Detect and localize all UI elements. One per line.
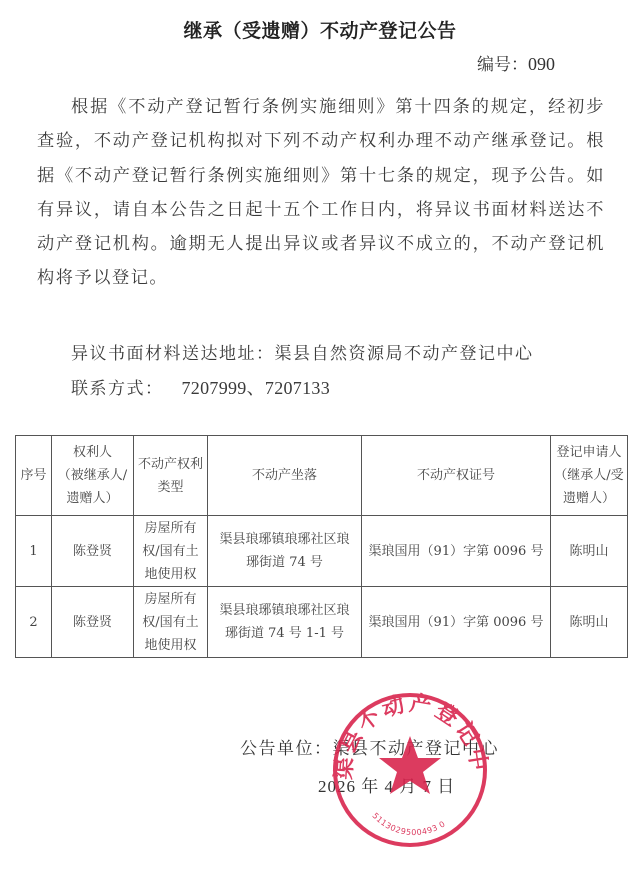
objection-address-value: 渠县自然资源局不动产登记中心 — [275, 344, 534, 364]
announcement-paragraph: 根据《不动产登记暂行条例实施细则》第十四条的规定，经初步查验，不动产登记机构拟对… — [37, 90, 605, 296]
cell-holder: 陈登贤 — [52, 516, 134, 587]
contact-label: 联系方式： — [71, 379, 164, 399]
table-row: 2 陈登贤 房屋所有 权/国有土 地使用权 渠县琅琊镇琅琊社区琅 琊街道 74 … — [16, 587, 628, 658]
cell-seq: 1 — [16, 516, 52, 587]
document-number: 编号：090 — [477, 50, 555, 75]
registration-table: 序号 权利人 （被继承人/ 遗赠人） 不动产权利 类型 不动产坐落 不动产权证号… — [15, 435, 628, 658]
header-type-line1: 不动产权利 — [136, 453, 205, 476]
cell-type-line3: 地使用权 — [136, 634, 205, 657]
objection-address: 异议书面材料送达地址：渠县自然资源局不动产登记中心 — [71, 339, 534, 364]
cell-holder: 陈登贤 — [52, 587, 134, 658]
header-location: 不动产坐落 — [208, 436, 362, 516]
contact-phones: 7207999、7207133 — [182, 378, 331, 398]
header-holder-line3: 遗赠人） — [54, 487, 131, 510]
official-seal-icon: 渠县不动产登记中心 5113029500493 0 — [330, 688, 490, 852]
objection-address-label: 异议书面材料送达地址： — [71, 344, 275, 364]
cell-type-line2: 权/国有土 — [136, 611, 205, 634]
cell-applicant: 陈明山 — [551, 516, 628, 587]
cell-type-line1: 房屋所有 — [136, 588, 205, 611]
cell-location-line1: 渠县琅琊镇琅琊社区琅 — [210, 528, 359, 551]
header-applicant-line1: 登记申请人 — [553, 441, 625, 464]
cell-type-line1: 房屋所有 — [136, 517, 205, 540]
cell-certificate: 渠琅国用（91）字第 0096 号 — [362, 516, 551, 587]
header-certificate: 不动产权证号 — [362, 436, 551, 516]
header-holder-line2: （被继承人/ — [54, 464, 131, 487]
cell-type: 房屋所有 权/国有土 地使用权 — [134, 587, 208, 658]
cell-location: 渠县琅琊镇琅琊社区琅 琊街道 74 号 — [208, 516, 362, 587]
cell-type: 房屋所有 权/国有土 地使用权 — [134, 516, 208, 587]
cell-location-line2: 琊街道 74 号 1-1 号 — [210, 622, 359, 645]
cell-type-line2: 权/国有土 — [136, 540, 205, 563]
header-type-line2: 类型 — [136, 476, 205, 499]
cell-applicant: 陈明山 — [551, 587, 628, 658]
cell-location-line1: 渠县琅琊镇琅琊社区琅 — [210, 599, 359, 622]
cell-type-line3: 地使用权 — [136, 563, 205, 586]
announcement-body: 根据《不动产登记暂行条例实施细则》第十四条的规定，经初步查验，不动产登记机构拟对… — [37, 90, 605, 296]
issuing-unit-label: 公告单位： — [240, 739, 333, 759]
cell-location: 渠县琅琊镇琅琊社区琅 琊街道 74 号 1-1 号 — [208, 587, 362, 658]
header-holder: 权利人 （被继承人/ 遗赠人） — [52, 436, 134, 516]
header-applicant: 登记申请人 （继承人/受 遗赠人） — [551, 436, 628, 516]
cell-seq: 2 — [16, 587, 52, 658]
header-holder-line1: 权利人 — [54, 441, 131, 464]
table-row: 1 陈登贤 房屋所有 权/国有土 地使用权 渠县琅琊镇琅琊社区琅 琊街道 74 … — [16, 516, 628, 587]
header-applicant-line2: （继承人/受 — [553, 464, 625, 487]
cell-location-line2: 琊街道 74 号 — [210, 551, 359, 574]
header-seq: 序号 — [16, 436, 52, 516]
header-right-type: 不动产权利 类型 — [134, 436, 208, 516]
cell-certificate: 渠琅国用（91）字第 0096 号 — [362, 587, 551, 658]
document-number-label: 编号： — [477, 55, 528, 75]
document-number-value: 090 — [528, 54, 555, 74]
page-title: 继承（受遗赠）不动产登记公告 — [0, 16, 640, 43]
contact-info: 联系方式：7207999、7207133 — [71, 374, 330, 400]
table-header-row: 序号 权利人 （被继承人/ 遗赠人） 不动产权利 类型 不动产坐落 不动产权证号… — [16, 436, 628, 516]
svg-text:5113029500493 0: 5113029500493 0 — [370, 811, 447, 837]
header-applicant-line3: 遗赠人） — [553, 487, 625, 510]
